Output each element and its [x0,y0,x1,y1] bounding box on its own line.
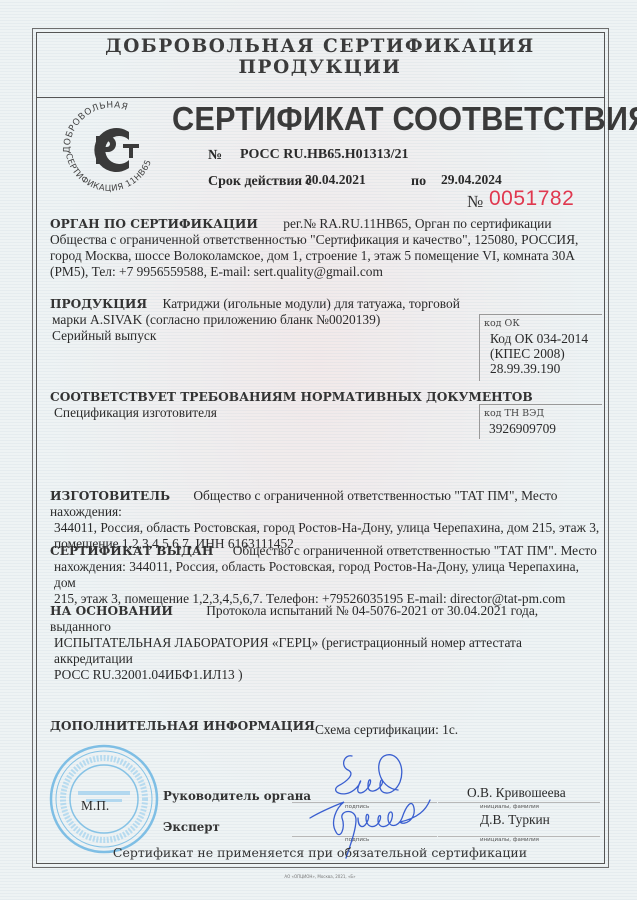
blank-serial-number: 0051782 [489,187,574,211]
manufacturer-line-2: 344011, Россия, область Ростовская, горо… [50,520,602,536]
head-of-body-role: Руководитель органа [163,789,311,803]
normative-documents-text: Спецификация изготовителя [50,405,480,421]
certificate-number: РОСС RU.НВ65.Н01313/21 [240,147,408,163]
expert-name: Д.В. Туркин [480,812,550,828]
additional-info-heading: ДОПОЛНИТЕЛЬНАЯ ИНФОРМАЦИЯ [50,719,315,733]
product-line-2: марки A.SIVAK (согласно приложению бланк… [50,312,460,328]
certificate-number-label: № [208,148,222,164]
ok-code-line-1: Код ОК 034-2014 [490,331,602,346]
printer-info: АО «ОПЦИОН», Москва, 2021, «Б» [36,874,604,879]
basis-line-2: ИСПЫТАТЕЛЬНАЯ ЛАБОРАТОРИЯ «ГЕРЦ» (регист… [50,635,602,667]
basis-heading: НА ОСНОВАНИИ [50,604,173,618]
product-line-3: Серийный выпуск [50,328,460,344]
validity-label: Срок действия с [208,174,312,190]
issued-to-heading: СЕРТИФИКАТ ВЫДАН [50,544,213,558]
handwritten-signatures-icon [300,748,450,860]
head-of-body-name: О.В. Кривошеева [467,785,566,801]
voluntary-certification-title: ДОБРОВОЛЬНАЯ СЕРТИФИКАЦИЯ ПРОДУКЦИИ [36,36,604,78]
head-name-caption: инициалы, фамилия [480,804,539,810]
tn-ved-code-box: код ТН ВЭД 3926909709 [479,404,602,439]
basis-section: НА ОСНОВАНИИ Протокола испытаний № 04-50… [50,603,602,683]
certification-scheme: Схема сертификации: 1с. [315,722,458,738]
certification-body-section: ОРГАН ПО СЕРТИФИКАЦИИ рег.№ RA.RU.11НВ65… [50,216,600,280]
tn-ved-code-label: код ТН ВЭД [480,405,602,419]
valid-to-label: по [411,174,426,190]
blank-number-label: № [467,192,483,212]
product-section: ПРОДУКЦИЯ Катриджи (игольные модули) для… [50,296,460,344]
logo-bottom-arc-text: СЕРТИФИКАЦИЯ 11НВ65 [63,152,154,194]
stamp-place-label: М.П. [81,798,109,814]
issued-to-section: СЕРТИФИКАТ ВЫДАН Общество с ограниченной… [50,543,602,607]
valid-from-date: 30.04.2021 [305,172,366,188]
expert-name-caption: инициалы, фамилия [480,837,539,843]
issued-to-line-2: нахождения: 344011, Россия, область Рост… [50,559,602,591]
product-line-1: Катриджи (игольные модули) для татуажа, … [163,296,460,311]
head-name-line [438,802,600,803]
ok-code-box: код ОК Код ОК 034-2014 (КПЕС 2008) 28.99… [479,314,602,381]
svg-text:СЕРТИФИКАЦИЯ 11НВ65: СЕРТИФИКАЦИЯ 11НВ65 [63,152,154,194]
ok-code-line-3: 28.99.39.190 [490,361,602,376]
basis-line-3: РОСС RU.32001.04ИБФ1.ИЛ13 ) [50,667,602,683]
voluntary-use-note: Сертификат не применяется при обязательн… [36,845,604,860]
manufacturer-heading: ИЗГОТОВИТЕЛЬ [50,489,170,503]
normative-documents-section: СООТВЕТСТВУЕТ ТРЕБОВАНИЯМ НОРМАТИВНЫХ ДО… [50,389,480,421]
rst-certification-logo-icon: ДОБРОВОЛЬНАЯ СЕРТИФИКАЦИЯ 11НВ65 [52,98,170,202]
ok-code-line-2: (КПЕС 2008) [490,346,602,361]
expert-role: Эксперт [163,820,220,834]
issued-to-line-1: Общество с ограниченной ответственностью… [233,543,597,558]
normative-documents-heading: СООТВЕТСТВУЕТ ТРЕБОВАНИЯМ НОРМАТИВНЫХ ДО… [50,389,480,405]
valid-to-date: 29.04.2024 [441,172,502,188]
certification-body-heading: ОРГАН ПО СЕРТИФИКАЦИИ [50,217,258,231]
certificate-of-conformity-title: СЕРТИФИКАТ СООТВЕТСТВИЯ [172,100,637,138]
tn-ved-code-value: 3926909709 [480,421,602,436]
ok-code-label: код ОК [480,315,602,329]
product-heading: ПРОДУКЦИЯ [50,297,147,311]
